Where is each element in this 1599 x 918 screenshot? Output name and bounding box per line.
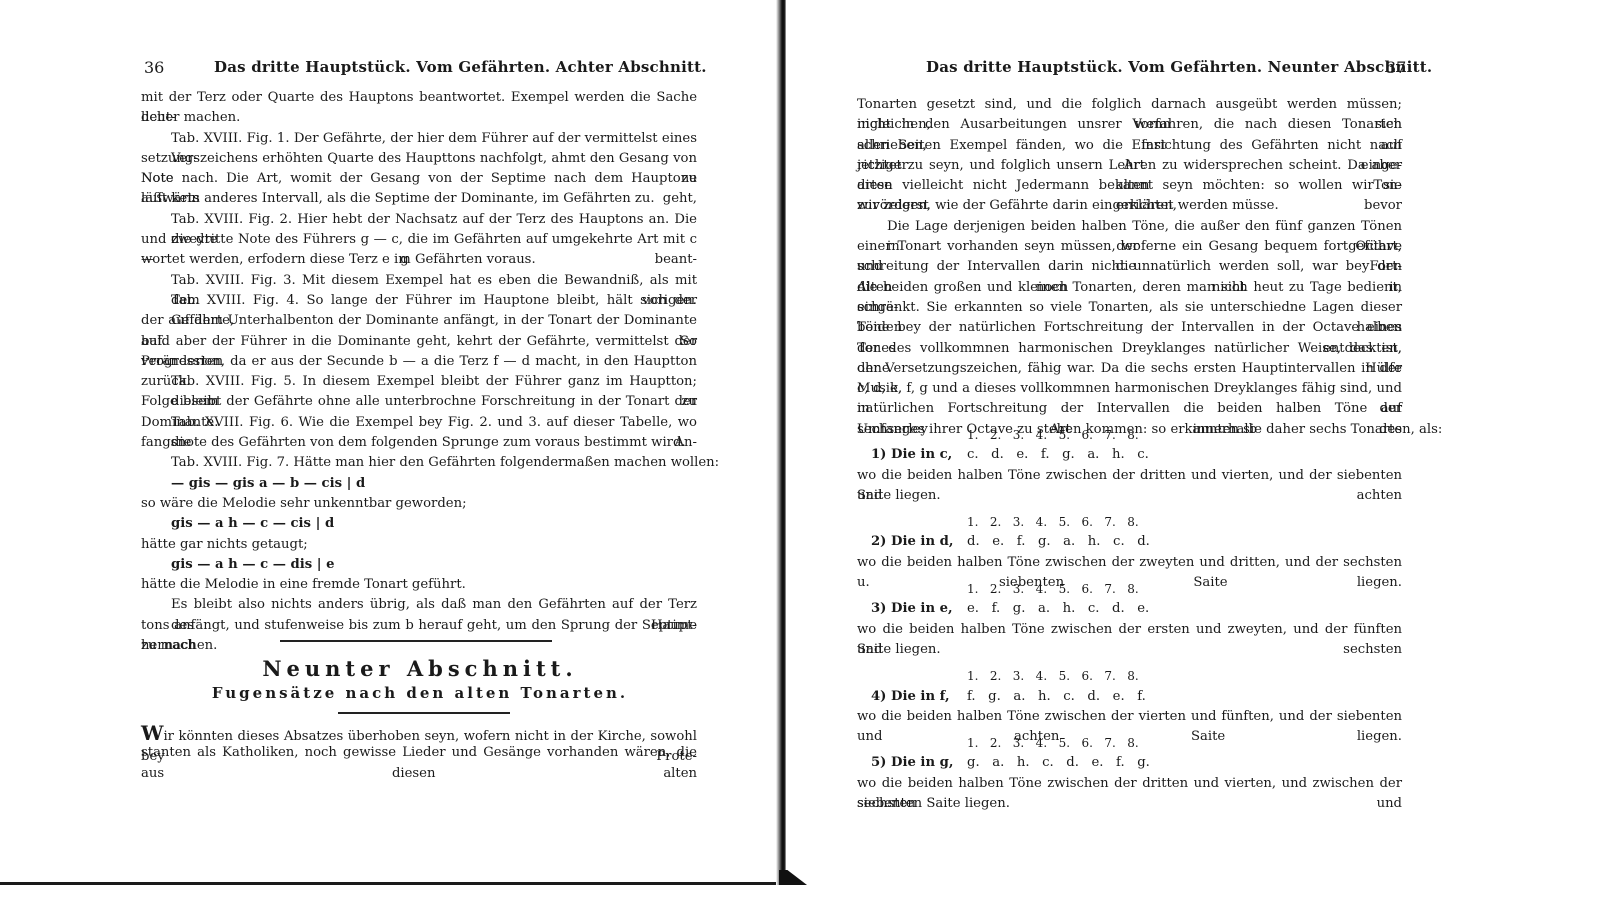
text-line: nicht in den Ausarbeitungen unsrer Vorfa… xyxy=(857,115,1402,135)
drop-cap: W xyxy=(141,721,163,745)
text-line: Die Lage derjenigen beiden halben Töne, … xyxy=(857,217,1402,237)
text-line: schränkt. Sie erkannten so viele Tonarte… xyxy=(857,298,1402,318)
text-line: so wäre die Melodie sehr unkenntbar gewo… xyxy=(141,494,697,514)
mode-notes: c. d. e. f. g. a. h. c. xyxy=(967,447,1149,462)
section-opening-text: Wir könnten dieses Absatzes überhoben se… xyxy=(141,723,697,764)
text-line: — gis — gis a — b — cis | d xyxy=(141,474,697,494)
text-line: Tab. XVIII. Fig. 1. Der Gefährte, der hi… xyxy=(141,129,697,149)
text-line: c, d, e, f, g und a dieses vollkommnen h… xyxy=(857,379,1402,399)
page-bottom-edge xyxy=(0,882,782,885)
text-line: hätte gar nichts getaugt; xyxy=(141,535,697,555)
mode-notes-row: 2) Die in d,d. e. f. g. a. h. c. d. xyxy=(857,532,1402,552)
mode-entry: 1. 2. 3. 4. 5. 6. 7. 8.1) Die in c,c. d.… xyxy=(857,425,1402,506)
right-page: Das dritte Hauptstück. Vom Gefährten. Ne… xyxy=(790,0,1599,885)
text-line: Töne bey der natürlichen Fortschreitung … xyxy=(857,318,1402,338)
scale-degrees: 1. 2. 3. 4. 5. 6. 7. 8. xyxy=(857,666,1402,686)
text-line: läßt kein anderes Intervall, als die Sep… xyxy=(141,189,697,209)
mode-label: 1) Die in c, xyxy=(871,445,967,465)
text-line: schreitung der Intervallen darin nicht u… xyxy=(857,257,1402,277)
scale-degrees: 1. 2. 3. 4. 5. 6. 7. 8. xyxy=(857,512,1402,532)
text-line: der des vollkommnen harmonischen Dreykla… xyxy=(857,339,1402,359)
text-line: einer Tonart vorhanden seyn müssen, wofe… xyxy=(857,237,1402,257)
text-line: allen Seiten Exempel fänden, wo die Einr… xyxy=(857,136,1402,156)
left-page: 36 Das dritte Hauptstück. Vom Gefährten.… xyxy=(0,0,782,885)
running-head: Das dritte Hauptstück. Vom Gefährten. Ne… xyxy=(926,58,1432,76)
text-line: Note nach. Die Art, womit der Gesang von… xyxy=(141,169,697,189)
text-line: Tab. XVIII. Fig. 4. So lange der Führer … xyxy=(141,291,697,311)
mode-label: 3) Die in e, xyxy=(871,599,967,619)
section-title: Neunter Abschnitt. xyxy=(140,656,700,681)
mode-label: 4) Die in f, xyxy=(871,687,967,707)
text-line: Tonarten gesetzt sind, und die folglich … xyxy=(857,95,1402,115)
text-line: hätte die Melodie in eine fremde Tonart … xyxy=(141,575,697,595)
text-line: und die dritte Note des Führers g — c, d… xyxy=(141,230,697,250)
section-rule-top xyxy=(280,640,552,642)
book-spine-gutter xyxy=(776,0,786,885)
text-line: Folge bleibt der Gefährte ohne alle unte… xyxy=(141,392,697,412)
mode-notes-row: 4) Die in f,f. g. a. h. c. d. e. f. xyxy=(857,687,1402,707)
text-line: fangsnote des Gefährten von dem folgende… xyxy=(141,433,697,453)
section-rule-bottom xyxy=(338,712,510,714)
mode-notes: g. a. h. c. d. e. f. g. xyxy=(967,755,1150,770)
page-number: 36 xyxy=(144,58,164,77)
running-head: Das dritte Hauptstück. Vom Gefährten. Ac… xyxy=(214,58,707,76)
book-spread: 36 Das dritte Hauptstück. Vom Gefährten.… xyxy=(0,0,1599,918)
mode-notes: f. g. a. h. c. d. e. f. xyxy=(967,689,1146,704)
text-line: der auf dem Unterhalbenton der Dominante… xyxy=(141,311,697,331)
text-line: richtet zu seyn, und folglich unsern Leh… xyxy=(857,156,1402,176)
mode-entry: 1. 2. 3. 4. 5. 6. 7. 8.4) Die in f,f. g.… xyxy=(857,666,1402,727)
text-line: gis — a h — c — dis | e xyxy=(141,555,697,575)
text-line: Progression, da er aus der Secunde b — a… xyxy=(141,352,697,372)
text-line: tons anfängt, und stufenweise bis zum b … xyxy=(141,616,697,636)
mode-notes-row: 1) Die in c,c. d. e. f. g. a. h. c. xyxy=(857,445,1402,465)
text-line: arten vielleicht nicht Jedermann bekannt… xyxy=(857,176,1402,196)
mode-notes-row: 3) Die in e,e. f. g. a. h. c. d. e. xyxy=(857,599,1402,619)
modes-list: 1. 2. 3. 4. 5. 6. 7. 8.1) Die in c,c. d.… xyxy=(857,425,1402,820)
text-line: Wir könnten dieses Absatzes überhoben se… xyxy=(141,723,697,743)
mode-label: 5) Die in g, xyxy=(871,753,967,773)
mode-notes: d. e. f. g. a. h. c. d. xyxy=(967,534,1150,549)
mode-notes: e. f. g. a. h. c. d. e. xyxy=(967,601,1149,616)
text-line: bald aber der Führer in die Dominante ge… xyxy=(141,332,697,352)
mode-description: wo die beiden halben Töne zwischen der v… xyxy=(857,707,1402,727)
text-line: stanten als Katholiken, noch gewisse Lie… xyxy=(141,743,697,763)
mode-description: wo die beiden halben Töne zwischen der d… xyxy=(857,466,1402,486)
mode-description: wo die beiden halben Töne zwischen der z… xyxy=(857,553,1402,573)
text-line: setzungszeichens erhöhten Quarte des Hau… xyxy=(141,149,697,169)
text-line: der Versetzungszeichen, fähig war. Da di… xyxy=(857,359,1402,379)
text-line: mit der Terz oder Quarte des Hauptons be… xyxy=(141,88,697,108)
mode-description: wo die beiden halben Töne zwischen der e… xyxy=(857,620,1402,640)
scale-degrees: 1. 2. 3. 4. 5. 6. 7. 8. xyxy=(857,425,1402,445)
page-number: 37 xyxy=(1386,58,1406,77)
mode-description: wo die beiden halben Töne zwischen der d… xyxy=(857,774,1402,794)
text-line: natürlichen Fortschreitung der Intervall… xyxy=(857,399,1402,419)
text-line: Es bleibt also nichts anders übrig, als … xyxy=(141,595,697,615)
text-line: Tab. XVIII. Fig. 5. In diesem Exempel bl… xyxy=(141,372,697,392)
mode-label: 2) Die in d, xyxy=(871,532,967,552)
text-line: Tab. XVIII. Fig. 3. Mit diesem Exempel h… xyxy=(141,271,697,291)
body-text: Tonarten gesetzt sind, und die folglich … xyxy=(857,95,1402,440)
body-text: mit der Terz oder Quarte des Hauptons be… xyxy=(141,88,697,656)
section-subtitle: Fugensätze nach den alten Tonarten. xyxy=(140,684,700,702)
mode-entry: 1. 2. 3. 4. 5. 6. 7. 8.2) Die in d,d. e.… xyxy=(857,512,1402,573)
text-line: licher machen. xyxy=(141,108,697,128)
mode-notes-row: 5) Die in g,g. a. h. c. d. e. f. g. xyxy=(857,753,1402,773)
text-line: Tab. XVIII. Fig. 2. Hier hebt der Nachsa… xyxy=(141,210,697,230)
text-line: gis — a h — c — cis | d xyxy=(141,514,697,534)
text-line: die beiden großen und kleinen Tonarten, … xyxy=(857,278,1402,298)
text-line: Tab. XVIII. Fig. 6. Wie die Exempel bey … xyxy=(141,413,697,433)
text-line: Tab. XVIII. Fig. 7. Hätte man hier den G… xyxy=(141,453,697,473)
